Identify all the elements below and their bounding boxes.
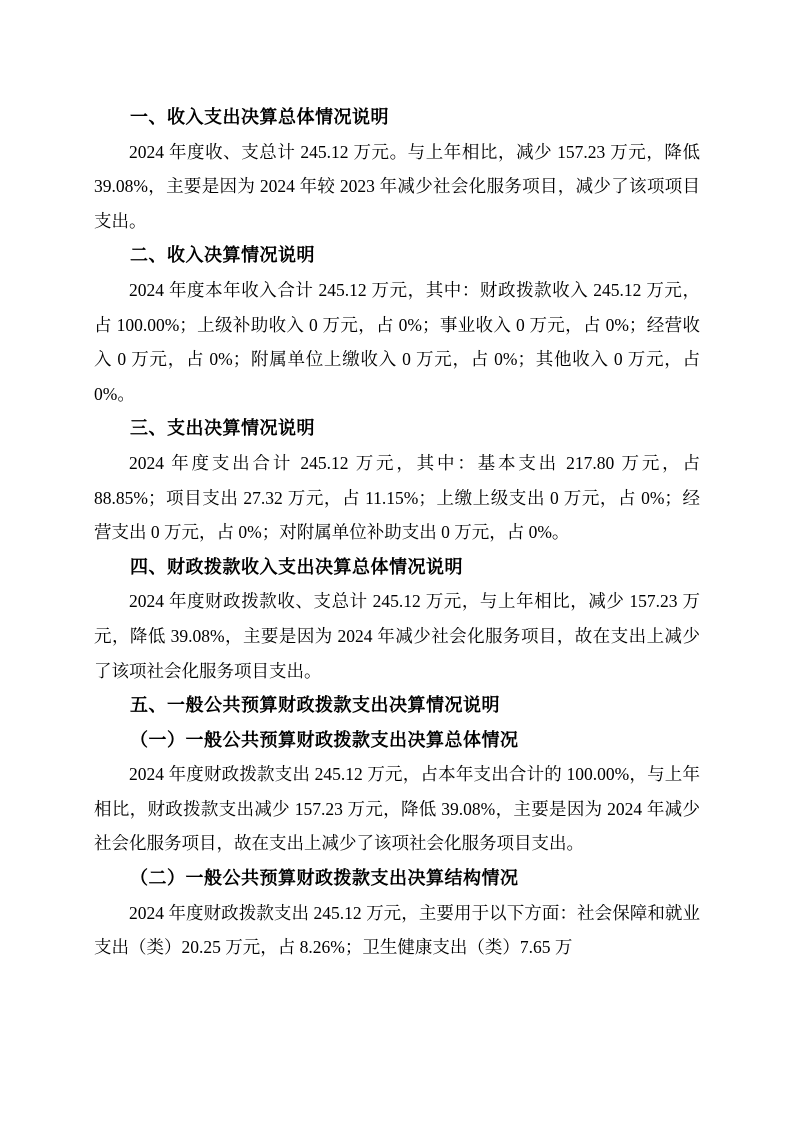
document-page: 一、收入支出决算总体情况说明2024 年度收、支总计 245.12 万元。与上年…	[0, 0, 793, 1122]
subsection-heading: （一）一般公共预算财政拨款支出决算总体情况	[94, 723, 700, 758]
body-paragraph: 2024 年度本年收入合计 245.12 万元，其中：财政拨款收入 245.12…	[94, 273, 700, 411]
section-heading: 三、支出决算情况说明	[94, 411, 700, 446]
body-paragraph: 2024 年度支出合计 245.12 万元，其中：基本支出 217.80 万元，…	[94, 446, 700, 550]
subsection-heading: （二）一般公共预算财政拨款支出决算结构情况	[94, 861, 700, 896]
body-paragraph: 2024 年度财政拨款收、支总计 245.12 万元，与上年相比，减少 157.…	[94, 584, 700, 688]
section-heading: 一、收入支出决算总体情况说明	[94, 100, 700, 135]
document-content: 一、收入支出决算总体情况说明2024 年度收、支总计 245.12 万元。与上年…	[94, 100, 700, 965]
section-heading: 二、收入决算情况说明	[94, 238, 700, 273]
body-paragraph: 2024 年度财政拨款支出 245.12 万元，占本年支出合计的 100.00%…	[94, 757, 700, 861]
section-heading: 四、财政拨款收入支出决算总体情况说明	[94, 550, 700, 585]
section-heading: 五、一般公共预算财政拨款支出决算情况说明	[94, 688, 700, 723]
body-paragraph: 2024 年度收、支总计 245.12 万元。与上年相比，减少 157.23 万…	[94, 135, 700, 239]
body-paragraph: 2024 年度财政拨款支出 245.12 万元，主要用于以下方面：社会保障和就业…	[94, 896, 700, 965]
